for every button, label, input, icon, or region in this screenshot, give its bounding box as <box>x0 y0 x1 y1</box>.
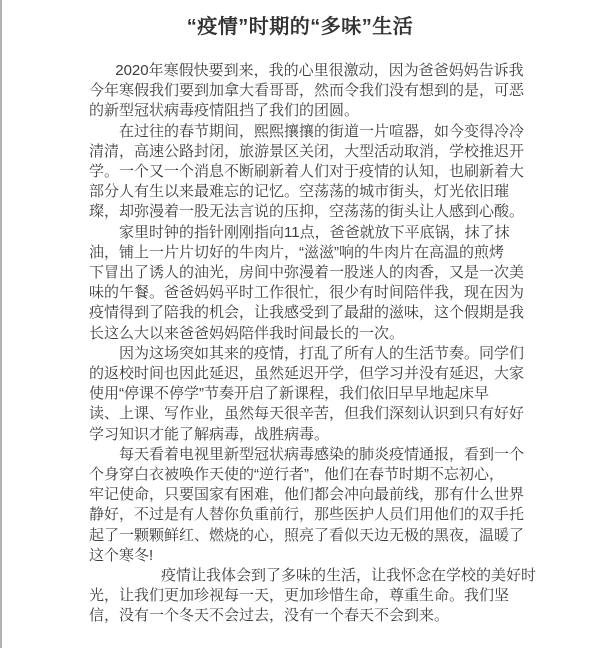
essay-line: 部分人有生以来最难忘的记忆。空荡荡的城市街头，灯光依旧璀 <box>89 182 519 202</box>
essay-line: 学习知识才能了解病毒，战胜病毒。 <box>89 425 519 445</box>
essay-line: 的返校时间也因此延迟，虽然延迟开学，但学习并没有延迟，大家 <box>89 364 519 384</box>
essay-line: 因为这场突如其来的疫情，打乱了所有人的生活节奏。同学们 <box>89 344 519 364</box>
essay-line: 下冒出了诱人的油光，房间中弥漫着一股迷人的肉香，又是一次美 <box>89 263 519 283</box>
essay-paragraph: 在过往的春节期间，熙熙攘攘的街道一片喧器，如今变得冷冷清清，高速公路封闭，旅游景… <box>89 122 519 223</box>
essay-line: 读、上课、写作业，虽然每天很辛苦，但我们深刻认识到只有好好 <box>89 404 519 424</box>
essay-line: 牢记使命，只要国家有困难，他们都会冲向最前线，那有什么世界 <box>89 485 519 505</box>
left-border-rule <box>0 0 2 648</box>
essay-line: 疫情得到了陪我的机会，让我感受到了最甜的滋味，这个假期是我 <box>89 303 519 323</box>
essay-line: 油，铺上一片片切好的牛肉片，“滋滋”响的牛肉片在高温的煎烤 <box>89 243 519 263</box>
essay-body: 2020年寒假快要到来，我的心里很激动，因为爸爸妈妈告诉我今年寒假我们要到加拿大… <box>89 61 519 627</box>
essay-title: “疫情”时期的“多味”生活 <box>0 14 600 40</box>
essay-line: 长这么大以来爸爸妈妈陪伴我时间最长的一次。 <box>89 324 519 344</box>
essay-paragraph: 疫情让我体会到了多味的生活，让我怀念在学校的美好时光，让我们更加珍视每一天，更加… <box>89 566 519 627</box>
essay-paragraph: 每天看着电视里新型冠状病毒感染的肺炎疫情通报，看到一个个身穿白衣被唤作天使的“逆… <box>89 445 519 566</box>
document-page: “疫情”时期的“多味”生活 2020年寒假快要到来，我的心里很激动，因为爸爸妈妈… <box>0 0 600 648</box>
essay-line: 疫情让我体会到了多味的生活，让我怀念在学校的美好时 <box>89 566 519 586</box>
essay-line: 璨，却弥漫着一股无法言说的压抑，空荡荡的街头让人感到心酸。 <box>89 202 519 222</box>
essay-line: 每天看着电视里新型冠状病毒感染的肺炎疫情通报，看到一个 <box>89 445 519 465</box>
essay-line: 信，没有一个冬天不会过去，没有一个春天不会到来。 <box>89 606 519 626</box>
essay-paragraph: 家里时钟的指针刚刚指向11点，爸爸就放下平底锅，抹了抹油，铺上一片片切好的牛肉片… <box>89 223 519 344</box>
essay-paragraph: 因为这场突如其来的疫情，打乱了所有人的生活节奏。同学们的返校时间也因此延迟，虽然… <box>89 344 519 445</box>
essay-line: 使用“停课不停学”节奏开启了新课程，我们依旧早早地起床早 <box>89 384 519 404</box>
essay-line: 2020年寒假快要到来，我的心里很激动，因为爸爸妈妈告诉我 <box>89 61 519 81</box>
essay-paragraph: 2020年寒假快要到来，我的心里很激动，因为爸爸妈妈告诉我今年寒假我们要到加拿大… <box>89 61 519 122</box>
essay-line: 清清，高速公路封闭，旅游景区关闭，大型活动取消，学校推迟开 <box>89 142 519 162</box>
essay-line: 今年寒假我们要到加拿大看哥哥，然而令我们没有想到的是，可恶 <box>89 81 519 101</box>
essay-line: 起了一颗颗鲜红、燃烧的心，照亮了看似天边无极的黑夜，温暖了 <box>89 526 519 546</box>
essay-line: 光，让我们更加珍视每一天，更加珍惜生命，尊重生命。我们坚 <box>89 586 519 606</box>
essay-line: 这个寒冬! <box>89 546 519 566</box>
essay-line: 家里时钟的指针刚刚指向11点，爸爸就放下平底锅，抹了抹 <box>89 223 519 243</box>
essay-line: 学。一个又一个消息不断刷新着人们对于疫情的认知，也刷新着大 <box>89 162 519 182</box>
essay-line: 静好，不过是有人替你负重前行，那些医护人员们用他们的双手托 <box>89 505 519 525</box>
essay-line: 个身穿白衣被唤作天使的“逆行者”，他们在春节时期不忘初心， <box>89 465 519 485</box>
essay-line: 在过往的春节期间，熙熙攘攘的街道一片喧器，如今变得冷冷 <box>89 122 519 142</box>
essay-line: 的新型冠状病毒疫情阻挡了我们的团圆。 <box>89 101 519 121</box>
essay-line: 味的午餐。爸爸妈妈平时工作很忙，很少有时间陪伴我，现在因为 <box>89 283 519 303</box>
